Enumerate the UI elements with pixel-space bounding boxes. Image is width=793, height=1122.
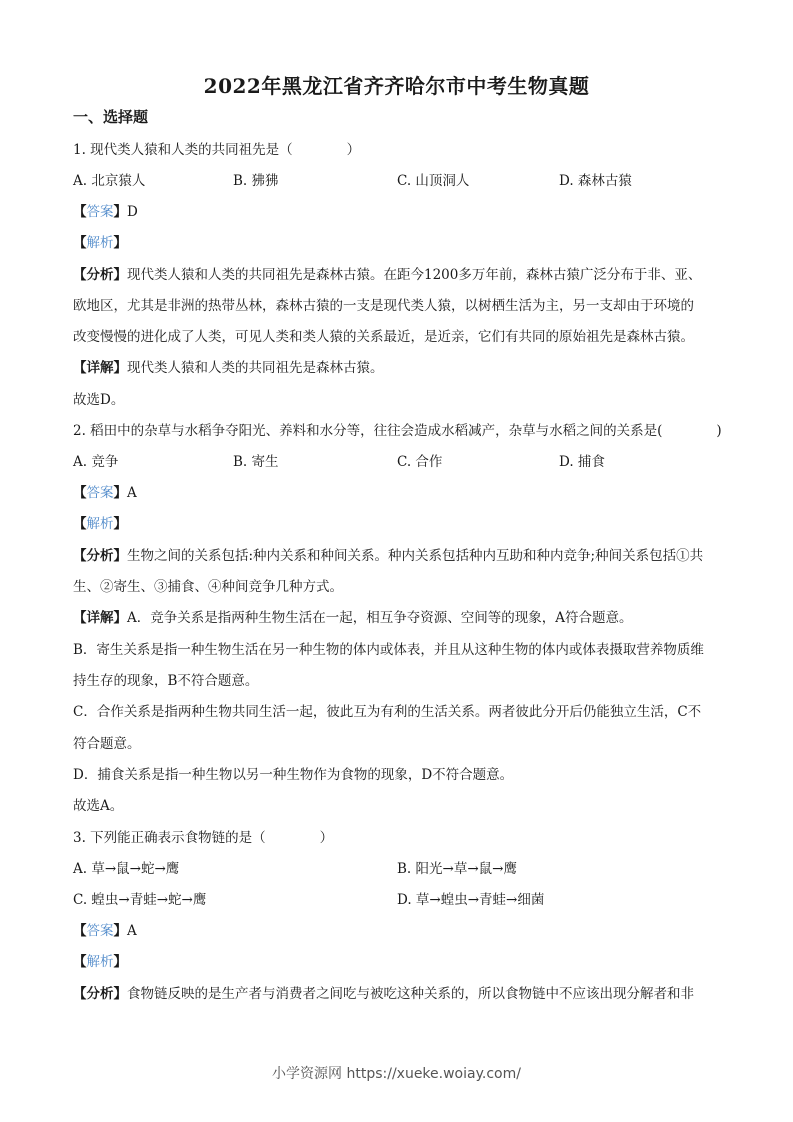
q1-fenxi-line-3: 改变慢慢的进化成了人类，可见人类和类人猿的关系最近，是近亲，它们有共同的原始祖先… — [73, 327, 694, 347]
q1-stem: 1. 现代类人猿和人类的共同祖先是（ ） — [73, 140, 360, 160]
q1-xiangjie: 【详解】现代类人猿和人类的共同祖先是森林古猿。 — [73, 358, 384, 378]
q3-option-b: B. 阳光→草→鼠→鹰 — [397, 859, 517, 879]
q2-detail-b-2: 持生存的现象，B不符合题意。 — [73, 671, 258, 691]
q1-analysis-label: 【解析】 — [73, 233, 127, 253]
q2-option-b: B. 寄生 — [233, 452, 279, 472]
q1-answer-value: D — [127, 204, 138, 220]
q2-detail-c-2: 符合题意。 — [73, 734, 141, 754]
q3-option-a: A. 草→鼠→蛇→鹰 — [73, 859, 179, 879]
q2-detail-b-1: B．寄生关系是指一种生物生活在另一种生物的体内或体表，并且从这种生物的体内或体表… — [73, 640, 704, 660]
q2-option-c: C. 合作 — [397, 452, 442, 472]
q2-fenxi-line-1: 【分析】生物之间的关系包括:种内关系和种间关系。种内关系包括种内互助和种内竞争;… — [73, 546, 703, 566]
q1-option-d: D. 森林古猿 — [559, 171, 632, 191]
q3-fenxi-line-1: 【分析】食物链反映的是生产者与消费者之间吃与被吃这种关系的，所以食物链中不应该出… — [73, 984, 694, 1004]
q2-analysis-label: 【解析】 — [73, 514, 127, 534]
q3-analysis-label: 【解析】 — [73, 952, 127, 972]
q1-answer: 【答案】D — [73, 202, 138, 222]
q2-detail-d: D．捕食关系是指一种生物以另一种生物作为食物的现象，D不符合题意。 — [73, 765, 513, 785]
q2-fenxi-line-2: 生、②寄生、③捕食、④种间竞争几种方式。 — [73, 577, 343, 597]
q2-answer: 【答案】A — [73, 483, 137, 503]
footer-watermark: 小学资源网 https://xueke.woiay.com/ — [0, 1063, 793, 1083]
q3-option-d: D. 草→蝗虫→青蛙→细菌 — [397, 890, 544, 910]
page-title: 2022年黑龙江省齐齐哈尔市中考生物真题 — [0, 70, 793, 99]
q1-fenxi-line-2: 欧地区，尤其是非洲的热带丛林，森林古猿的一支是现代类人猿，以树栖生活为主，另一支… — [73, 296, 694, 316]
q3-answer: 【答案】A — [73, 921, 137, 941]
q2-stem: 2. 稻田中的杂草与水稻争夺阳光、养料和水分等，往往会造成水稻减产，杂草与水稻之… — [73, 421, 722, 441]
q1-option-a: A. 北京猿人 — [73, 171, 145, 191]
q1-option-b: B. 狒狒 — [233, 171, 279, 191]
q3-stem: 3. 下列能正确表示食物链的是（ ） — [73, 828, 333, 848]
q2-option-d: D. 捕食 — [559, 452, 605, 472]
q1-option-c: C. 山顶洞人 — [397, 171, 469, 191]
answer-label: 答案 — [87, 204, 114, 220]
q1-fenxi-line-1: 【分析】现代类人猿和人类的共同祖先是森林古猿。在距今1200多万年前，森林古猿广… — [73, 265, 701, 285]
document-page: 2022年黑龙江省齐齐哈尔市中考生物真题 一、选择题 1. 现代类人猿和人类的共… — [0, 0, 793, 1122]
q2-detail-c-1: C．合作关系是指两种生物共同生活一起，彼此互为有利的生活关系。两者彼此分开后仍能… — [73, 702, 701, 722]
q2-option-a: A. 竞争 — [73, 452, 118, 472]
q2-xiangjie: 【详解】A．竞争关系是指两种生物生活在一起，相互争夺资源、空间等的现象，A符合题… — [73, 608, 633, 628]
q3-option-c: C. 蝗虫→青蛙→蛇→鹰 — [73, 890, 206, 910]
section-heading: 一、选择题 — [73, 107, 148, 127]
q2-conclusion: 故选A。 — [73, 796, 123, 816]
q1-conclusion: 故选D。 — [73, 390, 124, 410]
